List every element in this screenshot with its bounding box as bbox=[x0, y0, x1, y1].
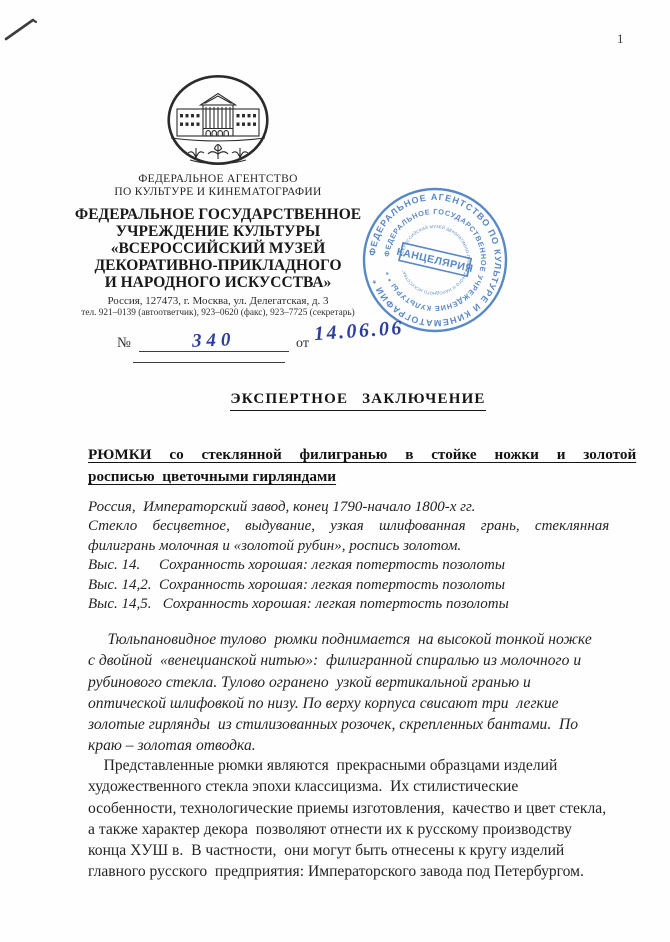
text-line: Выс. 14. Сохранность хорошая: легкая пот… bbox=[88, 556, 630, 575]
text-line: росписью цветочными гирляндами bbox=[88, 466, 627, 488]
text-line: Россия, Императорский завод, конец 1790-… bbox=[88, 498, 630, 517]
letterhead-organization: ФЕДЕРАЛЬНОЕ ГОСУДАРСТВЕННОЕ УЧРЕЖДЕНИЕ К… bbox=[70, 206, 366, 291]
letterhead-agency: ФЕДЕРАЛЬНОЕ АГЕНТСТВОПО КУЛЬТУРЕ И КИНЕМ… bbox=[70, 173, 366, 199]
text-line: главного русского предприятия: Император… bbox=[88, 861, 636, 882]
description-paragraph: Тюльпановидное тулово рюмки поднимается … bbox=[88, 629, 636, 757]
reference-number-line: 340 bbox=[139, 330, 289, 352]
text-line: РЮМКИ со стеклянной филигранью в стойке … bbox=[88, 444, 627, 466]
document-page: 1 bbox=[0, 0, 670, 942]
text-line: особенности, технологические приемы изго… bbox=[88, 798, 636, 819]
org-line-2: УЧРЕЖДЕНИЕ КУЛЬТУРЫ bbox=[70, 223, 366, 240]
handwritten-date: 14.06.06 bbox=[313, 317, 404, 346]
text-line: филигрань молочная и «золотой рубин», ро… bbox=[88, 537, 630, 556]
text-line: с двойной «венецианской нитью»: филигран… bbox=[88, 650, 636, 671]
letterhead-phones: тел. 921–0139 (автоответчик), 923–0620 (… bbox=[70, 308, 366, 318]
letterhead-address: Россия, 127473, г. Москва, ул. Делегатск… bbox=[70, 295, 366, 307]
org-line-5: И НАРОДНОГО ИСКУССТВА» bbox=[70, 274, 366, 291]
conclusion-paragraph: Представленные рюмки являются прекрасным… bbox=[88, 755, 636, 883]
museum-building-emblem-icon bbox=[166, 74, 270, 166]
org-line-3: «ВСЕРОССИЙСКИЙ МУЗЕЙ bbox=[70, 240, 366, 257]
catalog-block: Россия, Императорский завод, конец 1790-… bbox=[88, 498, 630, 614]
text-line: оптической шлифовкой по низу. По верху к… bbox=[88, 693, 636, 714]
text-line: Выс. 14,5. Сохранность хорошая: легкая п… bbox=[88, 595, 630, 614]
subject-heading: РЮМКИ со стеклянной филигранью в стойке … bbox=[88, 444, 627, 488]
handwritten-number: 340 bbox=[192, 329, 236, 353]
org-line-1: ФЕДЕРАЛЬНОЕ ГОСУДАРСТВЕННОЕ bbox=[70, 206, 366, 223]
text-line: Тюльпановидное тулово рюмки поднимается … bbox=[88, 629, 636, 650]
reference-second-line bbox=[133, 362, 285, 363]
page-number: 1 bbox=[617, 31, 624, 47]
document-title: ЭКСПЕРТНОЕ ЗАКЛЮЧЕНИЕ bbox=[88, 390, 628, 411]
text-line: конца ХУШ в. В частности, они могут быть… bbox=[88, 840, 636, 861]
document-title-text: ЭКСПЕРТНОЕ ЗАКЛЮЧЕНИЕ bbox=[230, 391, 485, 411]
text-line: Стекло бесцветное, выдувание, узкая шлиф… bbox=[88, 517, 630, 536]
text-line: художественного стекла эпохи классицизма… bbox=[88, 776, 636, 797]
org-line-4: ДЕКОРАТИВНО-ПРИКЛАДНОГО bbox=[70, 257, 366, 274]
text-line: Представленные рюмки являются прекрасным… bbox=[88, 755, 636, 776]
text-line: рубинового стекла. Тулово огранено узкой… bbox=[88, 672, 636, 693]
text-line: золотые гирлянды из стилизованных розоче… bbox=[88, 714, 636, 735]
reference-number-label: № bbox=[117, 335, 131, 352]
reference-date-label: от bbox=[296, 336, 309, 352]
text-line: краю – золотая отводка. bbox=[88, 735, 636, 756]
pen-stroke-mark bbox=[3, 13, 43, 45]
office-round-stamp: ФЕДЕРАЛЬНОЕ АГЕНТСТВО ПО КУЛЬТУРЕ И КИНЕ… bbox=[360, 185, 510, 335]
text-line: ПО КУЛЬТУРЕ И КИНЕМАТОГРАФИИ bbox=[70, 186, 366, 199]
text-line: Выс. 14,2. Сохранность хорошая: легкая п… bbox=[88, 576, 630, 595]
text-line: а также характер декора позволяют отнест… bbox=[88, 819, 636, 840]
letterhead: ФЕДЕРАЛЬНОЕ АГЕНТСТВОПО КУЛЬТУРЕ И КИНЕМ… bbox=[70, 74, 366, 318]
text-line: ФЕДЕРАЛЬНОЕ АГЕНТСТВО bbox=[70, 173, 366, 186]
